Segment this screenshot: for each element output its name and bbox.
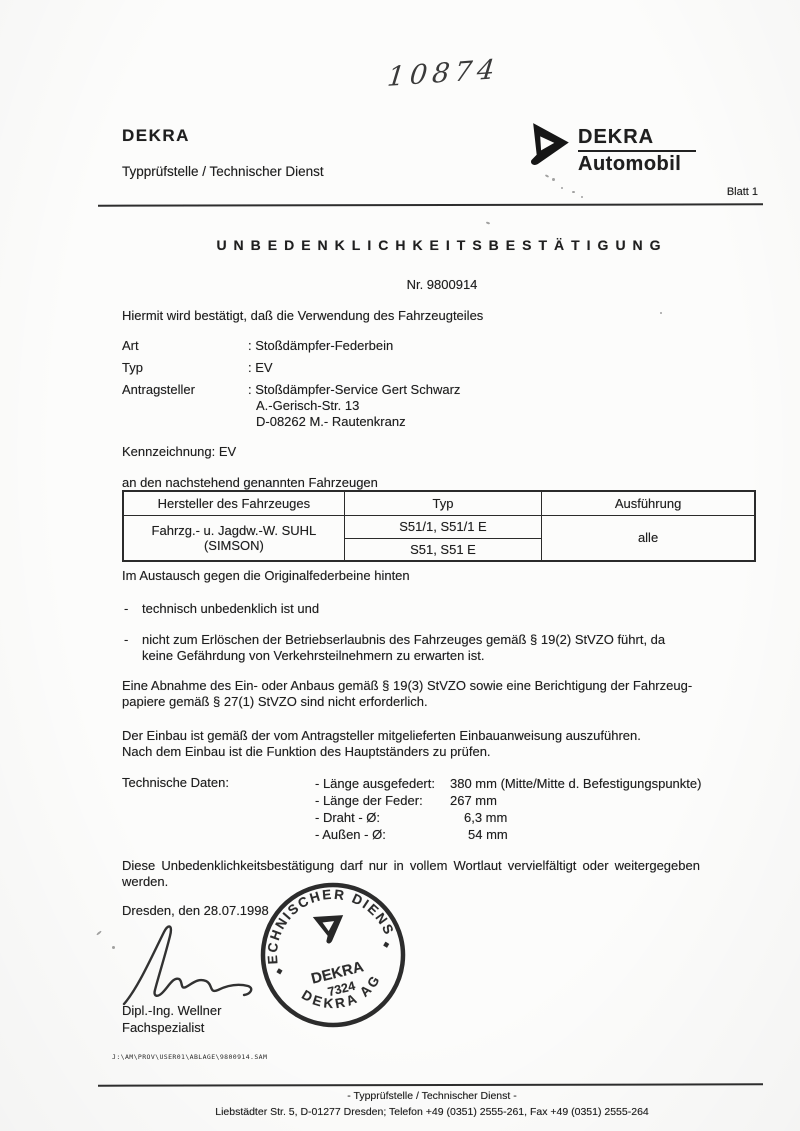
bullet-1: - technisch unbedenklich ist und bbox=[124, 601, 764, 617]
copy-note: Diese Unbedenklichkeitsbestätigung darf … bbox=[122, 858, 758, 890]
tech-row-laenge-feder: - Länge der Feder: 267 mm bbox=[315, 792, 701, 809]
applicant-city: D-08262 M.- Rautenkranz bbox=[256, 414, 460, 430]
bullet-dash: - bbox=[124, 601, 142, 617]
scan-speckle bbox=[552, 178, 555, 181]
intro-line: Hiermit wird bestätigt, daß die Verwendu… bbox=[122, 308, 483, 324]
scan-speckle bbox=[660, 312, 662, 314]
tech-value: 6,3 mm bbox=[450, 809, 507, 826]
scan-speckle bbox=[581, 196, 583, 198]
tech-name: - Draht - Ø: bbox=[315, 809, 450, 826]
p2-line1: Der Einbau ist gemäß der vom Antragstell… bbox=[122, 728, 772, 744]
cell-typ-1: S51/1, S51/1 E bbox=[344, 515, 541, 538]
field-typ-label: Typ bbox=[122, 360, 248, 375]
logo-text: DEKRA Automobil bbox=[578, 126, 696, 176]
tech-name: - Außen - Ø: bbox=[315, 826, 450, 843]
paragraph-abnahme: Eine Abnahme des Ein- oder Anbaus gemäß … bbox=[122, 678, 772, 710]
bullet-1-text: technisch unbedenklich ist und bbox=[142, 601, 319, 617]
field-typ-value: : EV bbox=[248, 360, 273, 375]
file-reference: J:\AM\PROV\USER01\ABLAGE\9800914.SAM bbox=[112, 1053, 267, 1061]
dekra-arrow-icon bbox=[527, 122, 571, 170]
header-hersteller: Hersteller des Fahrzeuges bbox=[123, 491, 344, 515]
exchange-note: Im Austausch gegen die Originalfederbein… bbox=[122, 568, 410, 584]
p1-line1: Eine Abnahme des Ein- oder Anbaus gemäß … bbox=[122, 678, 772, 694]
header-rule bbox=[98, 203, 763, 206]
field-art-label: Art bbox=[122, 338, 248, 353]
applicant-name: : Stoßdämpfer-Service Gert Schwarz bbox=[248, 382, 460, 398]
bullet-2: - nicht zum Erlöschen der Betriebserlaub… bbox=[124, 632, 772, 664]
stamp-dekra-arrow-icon bbox=[311, 903, 352, 945]
copy-note-line2: werden. bbox=[122, 874, 758, 890]
stamp-separator-left: ◆ bbox=[275, 966, 284, 976]
signatory-name: Dipl.-Ing. Wellner bbox=[122, 1002, 221, 1019]
cell-ausfuehrung: alle bbox=[542, 515, 755, 561]
bullet-dash: - bbox=[124, 632, 142, 664]
vehicles-intro: an den nachstehend genannten Fahrzeugen bbox=[122, 475, 378, 491]
kennzeichnung-line: Kennzeichnung: EV bbox=[122, 444, 236, 460]
cell-typ-2: S51, S51 E bbox=[344, 538, 541, 561]
field-typ: Typ : EV bbox=[122, 360, 273, 375]
tech-name: - Länge ausgefedert: bbox=[315, 775, 450, 792]
signatory-block: Dipl.-Ing. Wellner Fachspezialist bbox=[122, 1002, 221, 1036]
dekra-stamp: TECHNISCHER DIENST DEKRA AG ◆ ◆ DEKRA 73… bbox=[242, 864, 424, 1046]
logo-brand: DEKRA bbox=[578, 126, 696, 152]
table-row: Fahrzg.- u. Jagdw.-W. SUHL (SIMSON) S51/… bbox=[123, 515, 755, 538]
manufacturer-line1: Fahrzg.- u. Jagdw.-W. SUHL bbox=[124, 523, 344, 538]
certificate-number: Nr. 9800914 bbox=[117, 277, 767, 292]
header-ausfuehrung: Ausführung bbox=[542, 491, 755, 515]
company-name: DEKRA bbox=[122, 126, 190, 146]
tech-row-laenge-ausgefedert: - Länge ausgefedert: 380 mm (Mitte/Mitte… bbox=[315, 775, 701, 792]
p1-line2: papiere gemäß § 27(1) StVZO sind nicht e… bbox=[122, 694, 772, 710]
tech-row-draht: - Draht - Ø: 6,3 mm bbox=[315, 809, 701, 826]
bullet-2-line2: keine Gefährdung von Verkehrsteilnehmern… bbox=[142, 648, 665, 664]
footer-address: Liebstädter Str. 5, D-01277 Dresden; Tel… bbox=[100, 1106, 764, 1118]
tech-name: - Länge der Feder: bbox=[315, 792, 450, 809]
tech-row-aussen: - Außen - Ø: 54 mm bbox=[315, 826, 701, 843]
paragraph-einbau: Der Einbau ist gemäß der vom Antragstell… bbox=[122, 728, 772, 760]
dekra-logo bbox=[527, 122, 571, 175]
stamp-separator-right: ◆ bbox=[382, 939, 391, 949]
scanned-certificate-page: 10874 DEKRA Typprüfstelle / Technischer … bbox=[0, 0, 800, 1131]
cell-manufacturer: Fahrzg.- u. Jagdw.-W. SUHL (SIMSON) bbox=[123, 515, 344, 561]
tech-value: 54 mm bbox=[450, 826, 508, 843]
scan-speckle bbox=[572, 191, 575, 193]
department-line: Typprüfstelle / Technischer Dienst bbox=[122, 164, 324, 179]
tech-data-list: - Länge ausgefedert: 380 mm (Mitte/Mitte… bbox=[315, 775, 701, 843]
signatory-role: Fachspezialist bbox=[122, 1019, 221, 1036]
field-antragsteller: Antragsteller : Stoßdämpfer-Service Gert… bbox=[122, 382, 460, 430]
table-header-row: Hersteller des Fahrzeuges Typ Ausführung bbox=[123, 491, 755, 515]
tech-data-label: Technische Daten: bbox=[122, 775, 229, 791]
scan-speckle bbox=[486, 221, 490, 224]
applicant-street: A.-Gerisch-Str. 13 bbox=[256, 398, 460, 414]
tech-value: 380 mm (Mitte/Mitte d. Befestigungspunkt… bbox=[450, 775, 701, 792]
field-art: Art : Stoßdämpfer-Federbein bbox=[122, 338, 393, 353]
p2-line2: Nach dem Einbau ist die Funktion des Hau… bbox=[122, 744, 772, 760]
footer-department: - Typprüfstelle / Technischer Dienst - bbox=[100, 1090, 764, 1102]
field-antragsteller-value: : Stoßdämpfer-Service Gert Schwarz A.-Ge… bbox=[248, 382, 460, 430]
bullet-2-line1: nicht zum Erlöschen der Betriebserlaubni… bbox=[142, 632, 665, 648]
stamp-graphic: TECHNISCHER DIENST DEKRA AG ◆ ◆ DEKRA 73… bbox=[242, 864, 424, 1046]
logo-division: Automobil bbox=[578, 153, 696, 176]
field-art-value: : Stoßdämpfer-Federbein bbox=[248, 338, 393, 353]
bullet-2-text: nicht zum Erlöschen der Betriebserlaubni… bbox=[142, 632, 665, 664]
scan-speckle bbox=[112, 946, 115, 949]
copy-note-line1: Diese Unbedenklichkeitsbestätigung darf … bbox=[122, 858, 758, 874]
footer-rule bbox=[98, 1083, 763, 1086]
scan-speckle bbox=[96, 930, 102, 935]
tech-value: 267 mm bbox=[450, 792, 497, 809]
header-typ: Typ bbox=[344, 491, 541, 515]
document-title: UNBEDENKLICHKEITSBESTÄTIGUNG bbox=[117, 237, 767, 253]
vehicle-table: Hersteller des Fahrzeuges Typ Ausführung… bbox=[122, 490, 756, 562]
manufacturer-line2: (SIMSON) bbox=[124, 538, 344, 553]
scan-speckle bbox=[561, 187, 563, 189]
field-antragsteller-label: Antragsteller bbox=[122, 382, 248, 430]
handwritten-number: 10874 bbox=[386, 54, 501, 93]
sheet-number: Blatt 1 bbox=[688, 186, 758, 198]
